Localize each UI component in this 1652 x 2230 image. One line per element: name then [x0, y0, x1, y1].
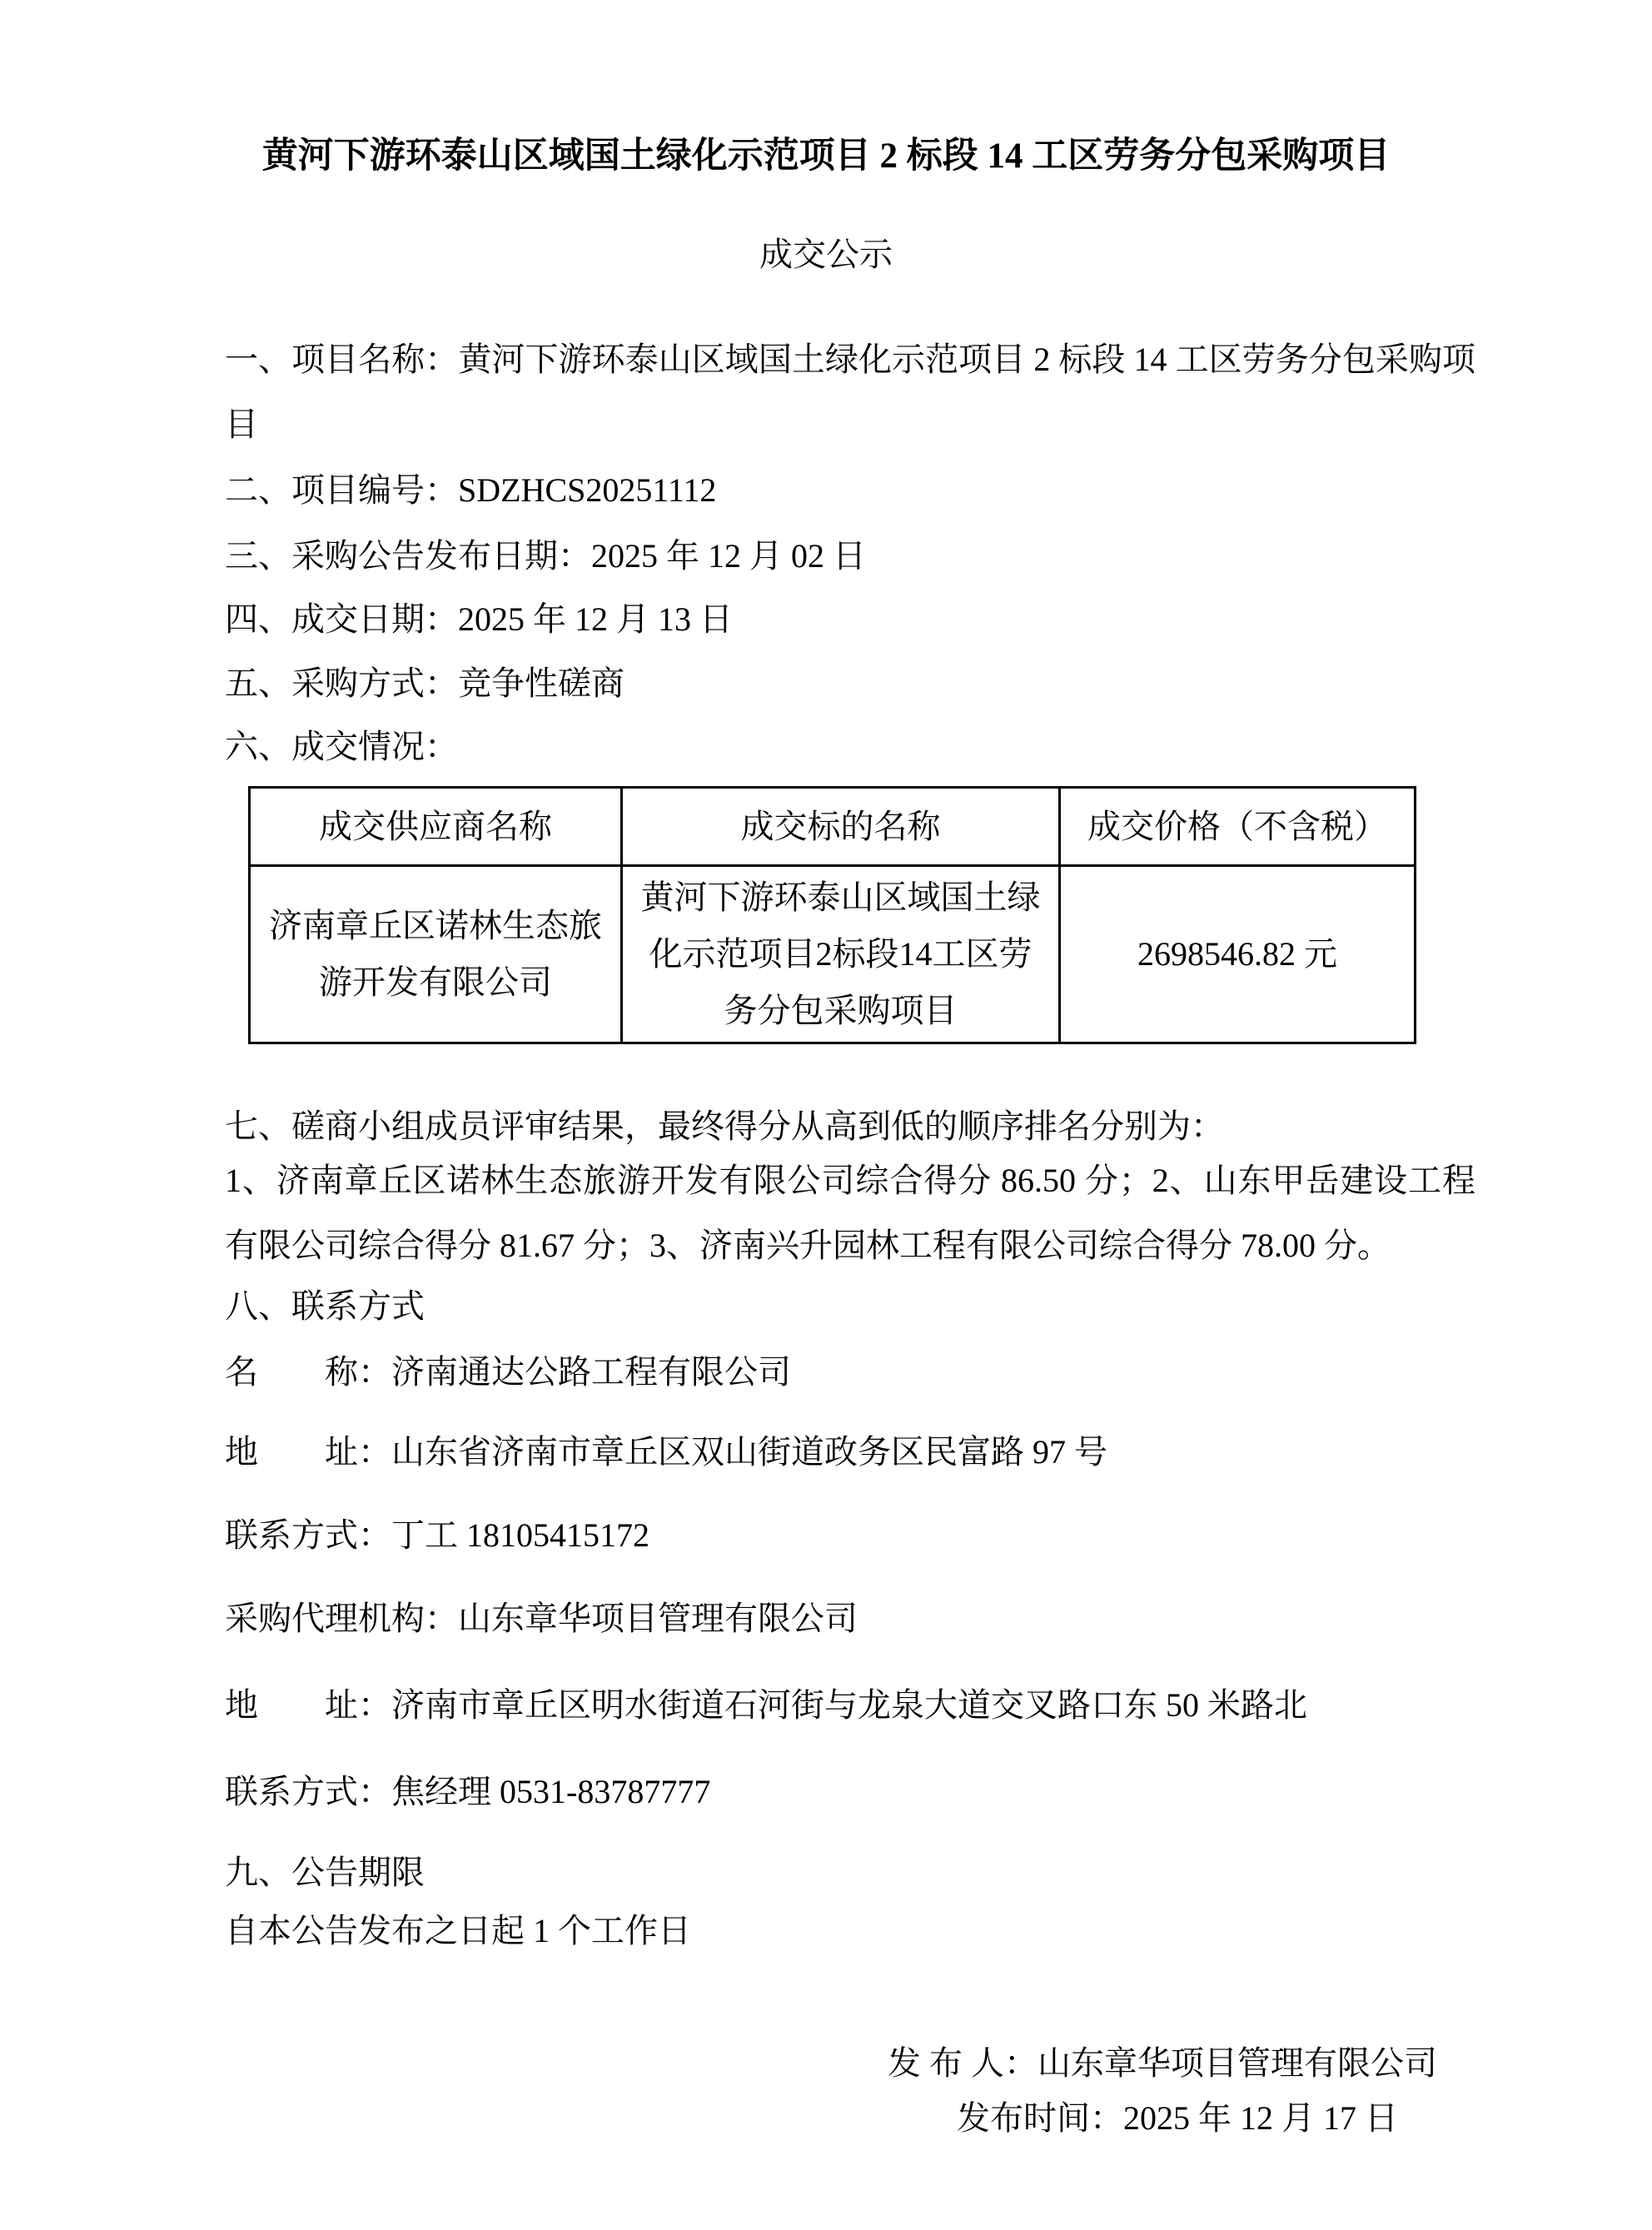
notice-period-text: 自本公告发布之日起 1 个工作日: [225, 1899, 1475, 1964]
publish-date-line: 发布时间：2025 年 12 月 17 日: [957, 2086, 1398, 2151]
document-subtitle: 成交公示: [0, 238, 1652, 271]
item-notice-period-heading: 九、公告期限: [225, 1840, 1475, 1905]
agency-phone: 联系方式：焦经理 0531-83787777: [225, 1760, 1475, 1824]
item-contact-heading: 八、联系方式: [225, 1274, 1475, 1339]
document-title: 黄河下游环泰山区域国土绿化示范项目 2 标段 14 工区劳务分包采购项目: [0, 138, 1652, 174]
item-award-date: 四、成交日期：2025 年 12 月 13 日: [225, 587, 1475, 652]
table-header-price: 成交价格（不含税）: [1060, 788, 1416, 866]
ranking-list: 1、济南章丘区诺林生态旅游开发有限公司综合得分 86.50 分；2、山东甲岳建设…: [225, 1148, 1475, 1278]
document-page: 黄河下游环泰山区域国土绿化示范项目 2 标段 14 工区劳务分包采购项目 成交公…: [0, 0, 1652, 2230]
table-header-row: 成交供应商名称 成交标的名称 成交价格（不含税）: [250, 788, 1416, 866]
agency-address: 地 址：济南市章丘区明水街道石河街与龙泉大道交叉路口东 50 米路北: [225, 1673, 1475, 1738]
table-row: 济南章丘区诺林生态旅游开发有限公司 黄河下游环泰山区域国土绿化示范项目2标段14…: [250, 866, 1416, 1043]
cell-price: 2698546.82 元: [1060, 866, 1416, 1043]
item-announcement-date: 三、采购公告发布日期：2025 年 12 月 02 日: [225, 524, 1475, 589]
contact-phone: 联系方式：丁工 18105415172: [225, 1503, 1475, 1568]
item-project-name: 一、项目名称：黄河下游环泰山区域国土绿化示范项目 2 标段 14 工区劳务分包采…: [225, 327, 1475, 457]
award-table: 成交供应商名称 成交标的名称 成交价格（不含税） 济南章丘区诺林生态旅游开发有限…: [248, 786, 1416, 1044]
contact-address: 地 址：山东省济南市章丘区双山街道政务区民富路 97 号: [225, 1420, 1475, 1485]
table-header-subject: 成交标的名称: [622, 788, 1060, 866]
item-procurement-method: 五、采购方式：竞争性磋商: [225, 651, 1475, 716]
table-header-supplier: 成交供应商名称: [250, 788, 622, 866]
item-project-number: 二、项目编号：SDZHCS20251112: [225, 458, 1475, 523]
agency-name: 采购代理机构：山东章华项目管理有限公司: [225, 1586, 1475, 1651]
item-award-situation: 六、成交情况：: [225, 714, 1475, 779]
cell-subject-name: 黄河下游环泰山区域国土绿化示范项目2标段14工区劳务分包采购项目: [622, 866, 1060, 1043]
cell-supplier-name: 济南章丘区诺林生态旅游开发有限公司: [250, 866, 622, 1043]
contact-name: 名 称：济南通达公路工程有限公司: [225, 1340, 1475, 1405]
